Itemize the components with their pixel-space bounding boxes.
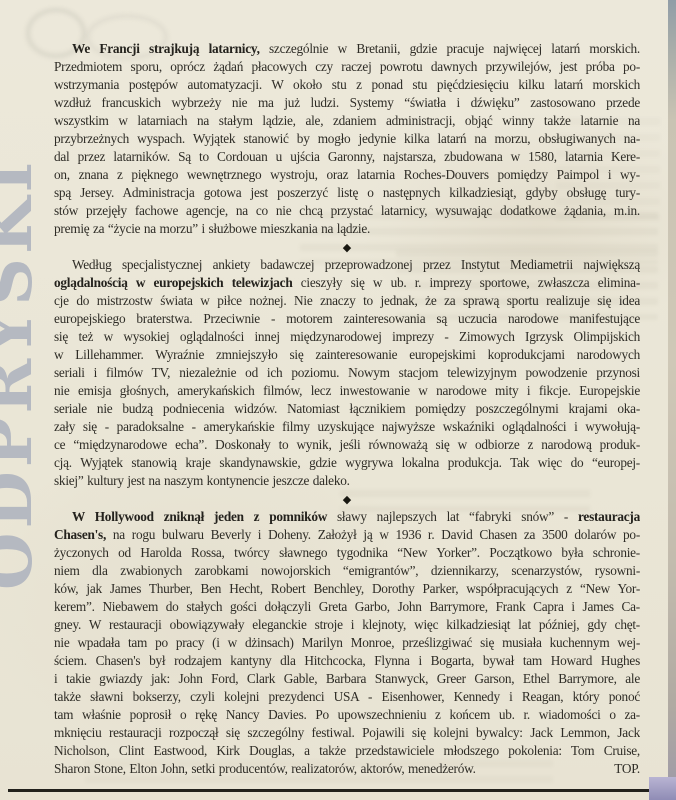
text-line: europejskiego braterstwa. Przeciwnie - m…: [54, 310, 640, 328]
body-text: ków, jak James Thurber, Ben Hecht, Rober…: [54, 581, 640, 596]
text-line: oglądalnością w europejskich telewizjach…: [54, 274, 640, 292]
body-text: Sharon Stone, Elton John, setki producen…: [54, 760, 476, 778]
text-line: i takie gwiazdy jak: John Ford, Clark Ga…: [54, 670, 640, 688]
corner-accent: [649, 777, 676, 800]
body-text: kerem”. Niebawem do stałych gości dołącz…: [54, 599, 640, 614]
text-line: się też w wysokiej oglądalności innej mi…: [54, 328, 640, 346]
body-text: na rogu bulwaru Beverly i Doheny. Założy…: [106, 527, 640, 542]
text-line: wszystkim w latarniach na stałym lądzie,…: [54, 112, 640, 130]
text-line: nie emisja głośnych, amerykańskich filmó…: [54, 382, 640, 400]
text-line: niem dla zwabionych zarobkami nowojorski…: [54, 562, 640, 580]
text-line: W Hollywood zniknął jeden z pomników sła…: [54, 508, 640, 526]
rubric-vertical-title: ODPRYSKI: [0, 142, 43, 590]
paragraph: We Francji strajkują latarnicy, szczegól…: [54, 40, 640, 238]
text-line: premię za “życie na morzu” i służbowe mi…: [54, 220, 640, 238]
text-line: Nicholson, Clint Eastwood, Kirk Douglas,…: [54, 742, 640, 760]
bold-text: Chasen's,: [54, 527, 106, 542]
body-text: dal przez latarników. Są to Cordouan u u…: [54, 149, 640, 164]
body-text: się też w wysokiej oglądalności innej mi…: [54, 329, 640, 344]
body-text: ce “międzynarodowe echa”. Doskonały to w…: [54, 437, 640, 452]
body-text: nie emisja głośnych, amerykańskich filmó…: [54, 383, 640, 398]
diamond-separator-icon: ◆: [343, 242, 351, 254]
text-line: także sławni bokserzy, czyli kolejni pre…: [54, 688, 640, 706]
bold-text: oglądalnością w europejskich telewizjach: [54, 275, 292, 290]
body-text: zały się - paradoksalne - amerykańskie f…: [54, 419, 640, 434]
text-line: ce “międzynarodowe echa”. Doskonały to w…: [54, 436, 640, 454]
text-line: Sharon Stone, Elton John, setki producen…: [54, 760, 640, 778]
author-signature: TOP.: [614, 760, 640, 778]
body-text: tam właśnie poprosił o rękę Nancy Davies…: [54, 707, 640, 722]
body-text: premię za “życie na morzu” i służbowe mi…: [54, 221, 370, 236]
text-line: nie wpadała tam po pracy (i w dżinsach) …: [54, 634, 640, 652]
body-text: stów przejęły fachowe agencje, na co nie…: [54, 203, 640, 218]
body-text: sławy najlepszych lat “fabryki snów” -: [327, 509, 578, 524]
body-text: nie wpadała tam po pracy (i w dżinsach) …: [54, 635, 640, 650]
body-text: w Lillehammer. Wyraźnie zmniejszyło się …: [54, 347, 640, 362]
body-text: on, znana z pięknego wewnętrznego wystro…: [54, 167, 640, 182]
text-line: on, znana z pięknego wewnętrznego wystro…: [54, 166, 640, 184]
text-line: cją. Wyjątek stanowią kraje skandynawski…: [54, 454, 640, 472]
body-text: wzdłuż francuskich wybrzeży nie ma już l…: [54, 95, 640, 110]
body-text: cieszyły się w ub. r. imprezy sportowe, …: [292, 275, 640, 290]
text-line: w Lillehammer. Wyraźnie zmniejszyło się …: [54, 346, 640, 364]
section-separator: ◆: [54, 238, 640, 256]
body-text: przybrzeżnych wyspach. Wyjątek stanowić …: [54, 131, 640, 146]
body-text: seriale nie budzą podniecenia widzów. Na…: [54, 401, 640, 416]
text-line: ków, jak James Thurber, Ben Hecht, Rober…: [54, 580, 640, 598]
text-line: dal przez latarników. Są to Cordouan u u…: [54, 148, 640, 166]
text-line: skiej” kultury jest na naszym kontynenci…: [54, 472, 640, 490]
body-text: skiej” kultury jest na naszym kontynenci…: [54, 473, 350, 488]
body-text: cje do mistrzostw świata w piłce nożnej.…: [54, 293, 640, 308]
diamond-separator-icon: ◆: [343, 494, 351, 506]
text-line: mknięciu restauracji rozpoczął się szcze…: [54, 724, 640, 742]
page-root: ODPRYSKI We Francji strajkują latarnicy,…: [0, 0, 676, 800]
text-line: ściem. Chasen's był rodzajem kantyny dla…: [54, 652, 640, 670]
text-line: wzdłuż francuskich wybrzeży nie ma już l…: [54, 94, 640, 112]
body-text: Według specjalistycznej ankiety badawcze…: [72, 257, 640, 272]
text-line: seriale nie budzą podniecenia widzów. Na…: [54, 400, 640, 418]
text-line: gney. W restauracji obowiązywały eleganc…: [54, 616, 640, 634]
text-line: tam właśnie poprosił o rękę Nancy Davies…: [54, 706, 640, 724]
body-text: Nicholson, Clint Eastwood, Kirk Douglas,…: [54, 743, 640, 758]
body-text: także sławni bokserzy, czyli kolejni pre…: [54, 689, 640, 704]
body-text: szczególnie w Bretanii, gdzie pracuje na…: [260, 41, 640, 56]
bold-text: W Hollywood zniknął jeden z pomników: [72, 509, 327, 524]
bold-text: restauracja: [578, 509, 640, 524]
body-text: cją. Wyjątek stanowią kraje skandynawski…: [54, 455, 640, 470]
body-text: wstrzymania postępów automatyzacji. W ok…: [54, 77, 640, 92]
text-line: seriali i filmów TV, niezależnie od ich …: [54, 364, 640, 382]
body-text: i takie gwiazdy jak: John Ford, Clark Ga…: [54, 671, 640, 686]
text-line: przybrzeżnych wyspach. Wyjątek stanowić …: [54, 130, 640, 148]
text-line: Przedmiotem sporu, oprócz żądań płacowyc…: [54, 58, 640, 76]
text-line: życzonych od Harolda Rossa, twórcy sławn…: [54, 544, 640, 562]
article: We Francji strajkują latarnicy, szczegól…: [54, 40, 640, 778]
body-text: mknięciu restauracji rozpoczął się szcze…: [54, 725, 640, 740]
bottom-rule: [8, 789, 650, 792]
body-text: wszystkim w latarniach na stałym lądzie,…: [54, 113, 640, 128]
text-line: stów przejęły fachowe agencje, na co nie…: [54, 202, 640, 220]
body-text: niem dla zwabionych zarobkami nowojorski…: [54, 563, 640, 578]
body-text: ściem. Chasen's był rodzajem kantyny dla…: [54, 653, 640, 668]
paragraph: Według specjalistycznej ankiety badawcze…: [54, 256, 640, 490]
text-line: cje do mistrzostw świata w piłce nożnej.…: [54, 292, 640, 310]
text-line: kerem”. Niebawem do stałych gości dołącz…: [54, 598, 640, 616]
paragraph: W Hollywood zniknął jeden z pomników sła…: [54, 508, 640, 778]
text-line: zały się - paradoksalne - amerykańskie f…: [54, 418, 640, 436]
body-text: Przedmiotem sporu, oprócz żądań płacowyc…: [54, 59, 640, 74]
text-line: wstrzymania postępów automatyzacji. W ok…: [54, 76, 640, 94]
text-line: Według specjalistycznej ankiety badawcze…: [54, 256, 640, 274]
page-edge-shadow: [668, 0, 676, 800]
body-text: gney. W restauracji obowiązywały eleganc…: [54, 617, 640, 632]
section-separator: ◆: [54, 490, 640, 508]
body-text: życzonych od Harolda Rossa, twórcy sławn…: [54, 545, 640, 560]
bold-text: We Francji strajkują latarnicy,: [72, 41, 260, 56]
text-line: We Francji strajkują latarnicy, szczegól…: [54, 40, 640, 58]
body-text: seriali i filmów TV, niezależnie od ich …: [54, 365, 640, 380]
body-text: spą Jersey. Administracja gotowa jest po…: [54, 185, 640, 200]
text-line: Chasen's, na rogu bulwaru Beverly i Dohe…: [54, 526, 640, 544]
body-text: europejskiego braterstwa. Przeciwnie - m…: [54, 311, 640, 326]
text-line: spą Jersey. Administracja gotowa jest po…: [54, 184, 640, 202]
